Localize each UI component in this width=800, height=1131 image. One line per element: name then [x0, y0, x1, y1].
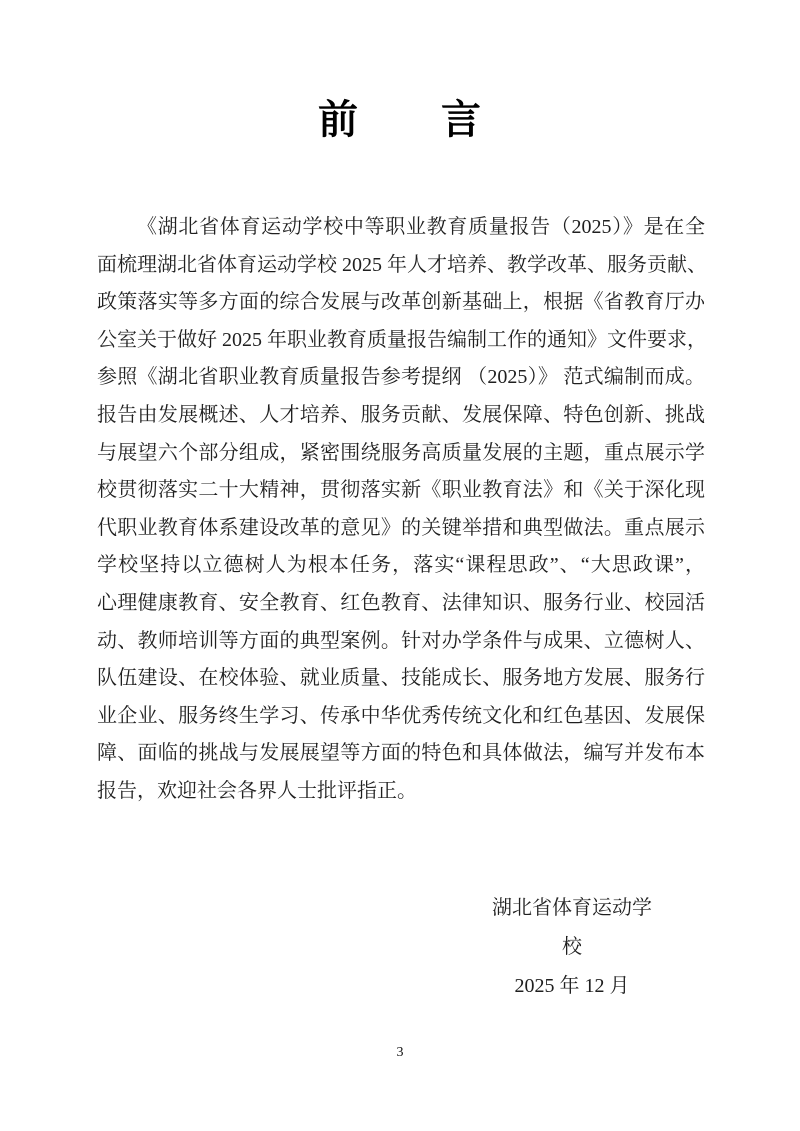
paragraph-line: 公室关于做好 2025 年职业教育质量报告编制工作的通知》文件要求，	[97, 322, 705, 360]
paragraph-line: 心理健康教育、安全教育、红色教育、法律知识、服务行业、校园活	[97, 585, 705, 623]
signature-organization: 湖北省体育运动学校	[483, 889, 661, 967]
paragraph-line: 校贯彻落实二十大精神，贯彻落实新《职业教育法》和《关于深化现	[97, 472, 705, 510]
signature-date: 2025 年 12 月	[483, 967, 661, 1006]
paragraph-line: 面梳理湖北省体育运动学校 2025 年人才培养、教学改革、服务贡献、	[97, 247, 705, 285]
paragraph-line: 报告，欢迎社会各界人士批评指正。	[97, 773, 705, 811]
paragraph-line: 政策落实等多方面的综合发展与改革创新基础上，根据《省教育厅办	[97, 284, 705, 322]
paragraph-line: 报告由发展概述、人才培养、服务贡献、发展保障、特色创新、挑战	[97, 397, 705, 435]
paragraph-line: 参照《湖北省职业教育质量报告参考提纲 （2025）》 范式编制而成。	[97, 359, 705, 397]
paragraph-line: 学校坚持以立德树人为根本任务，落实“课程思政”、“大思政课”，	[97, 547, 705, 585]
page-number: 3	[0, 1044, 800, 1062]
paragraph-line: 代职业教育体系建设改革的意见》的关键举措和典型做法。重点展示	[97, 510, 705, 548]
preface-paragraph: 《湖北省体育运动学校中等职业教育质量报告（2025）》是在全 面梳理湖北省体育运…	[97, 209, 705, 811]
paragraph-line: 业企业、服务终生学习、传承中华优秀传统文化和红色基因、发展保	[97, 698, 705, 736]
paragraph-line: 动、教师培训等方面的典型案例。针对办学条件与成果、立德树人、	[97, 623, 705, 661]
paragraph-line: 队伍建设、在校体验、就业质量、技能成长、服务地方发展、服务行	[97, 660, 705, 698]
page-title: 前 言	[0, 96, 800, 144]
paragraph-line: 与展望六个部分组成，紧密围绕服务高质量发展的主题，重点展示学	[97, 435, 705, 473]
paragraph-line: 障、面临的挑战与发展展望等方面的特色和具体做法，编写并发布本	[97, 735, 705, 773]
paragraph-line: 《湖北省体育运动学校中等职业教育质量报告（2025）》是在全	[97, 209, 705, 247]
document-page: 前 言 《湖北省体育运动学校中等职业教育质量报告（2025）》是在全 面梳理湖北…	[0, 0, 800, 1131]
signature-block: 湖北省体育运动学校 2025 年 12 月	[483, 889, 661, 1006]
